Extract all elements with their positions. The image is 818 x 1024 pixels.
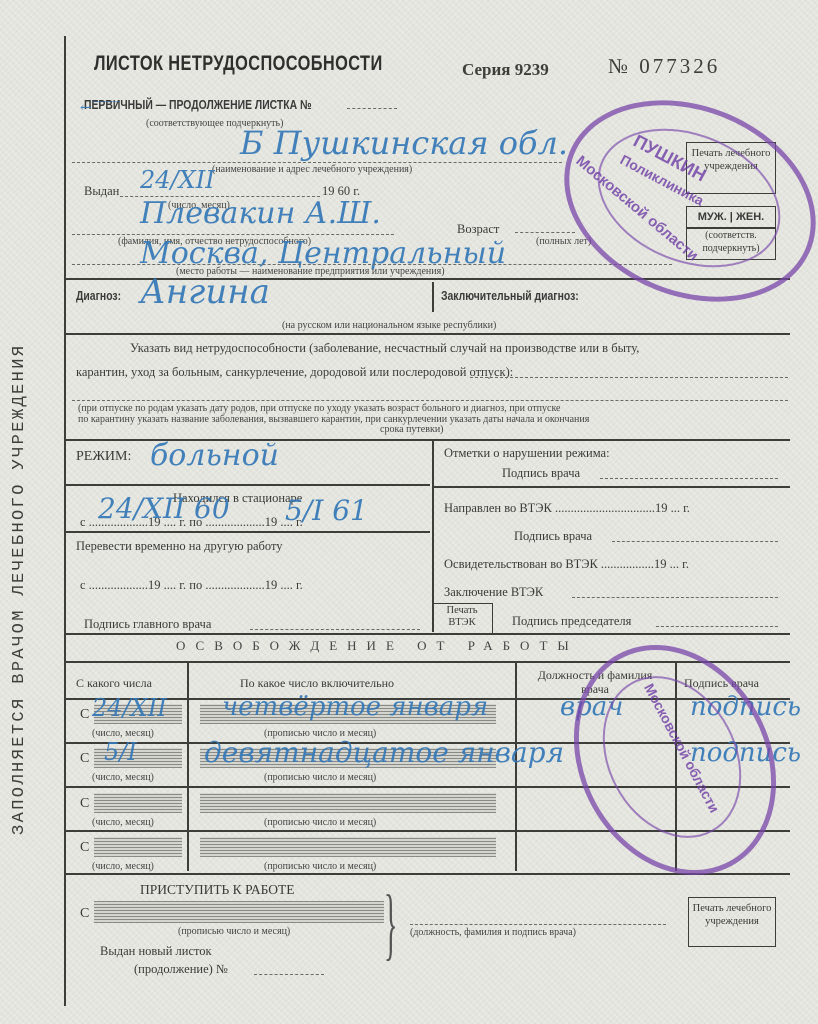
row-to-handwriting: девятнадцатое января: [204, 736, 564, 769]
date-hint: (число, месяц): [92, 861, 154, 872]
hospital-from-handwriting: 24/XII 60: [98, 492, 230, 525]
release-title: ОСВОБОЖДЕНИЕ ОТ РАБОТЫ: [176, 638, 579, 654]
divider: [432, 282, 434, 312]
doctor-signature-2-field: [612, 541, 778, 542]
row-from-handwriting: 5/I: [104, 738, 137, 766]
words-hint: (прописью число и месяц): [264, 772, 376, 783]
workplace-field: [72, 264, 672, 265]
divider: [66, 333, 790, 335]
issued-label: Выдан: [84, 184, 119, 199]
underline-mark: ←‾‾‾‾: [80, 100, 120, 116]
series-label: Серия 9239: [462, 60, 549, 80]
row-prefix: С: [80, 707, 89, 723]
incapacity-note-1: (при отпуске по родам указать дату родов…: [78, 403, 561, 414]
return-title: ПРИСТУПИТЬ К РАБОТЕ: [140, 882, 295, 898]
vtek-conclusion: Заключение ВТЭК: [444, 585, 543, 600]
column-from: С какого числа: [76, 676, 152, 691]
chief-signature-label: Подпись главного врача: [84, 617, 211, 632]
vtek-sent: Направлен во ВТЭК ......................…: [444, 501, 690, 516]
transfer-label: Перевести временно на другую работу: [76, 539, 283, 554]
left-frame-line: [64, 36, 66, 1006]
institution-handwriting: Б Пушкинская обл.: [240, 124, 568, 162]
row-to-handwriting: четвёртое января: [222, 692, 488, 722]
return-prefix: С: [80, 906, 89, 922]
new-sheet-label: Выдан новый листок: [100, 944, 212, 959]
row-prefix: С: [80, 840, 89, 856]
language-hint: (на русском или национальном языке респу…: [282, 320, 496, 331]
chairman-signature-label: Подпись председателя: [512, 614, 631, 629]
continuation-label: (продолжение) №: [134, 962, 228, 977]
row-prefix: С: [80, 796, 89, 812]
words-field[interactable]: [200, 837, 496, 857]
institution-hint: (наименование и адрес лечебного учрежден…: [212, 164, 412, 175]
sheet-number-field: [347, 108, 397, 109]
age-label: Возраст: [457, 222, 499, 237]
brace: }: [384, 884, 397, 964]
regime-handwriting: больной: [150, 438, 279, 473]
column-to: По какое число включительно: [240, 676, 394, 691]
divider: [187, 663, 189, 871]
words-hint: (прописью число и месяц): [264, 817, 376, 828]
divider: [66, 484, 430, 486]
diagnosis-handwriting: Ангина: [140, 272, 270, 312]
incapacity-instruction-2: карантин, уход за больным, санкурлечение…: [76, 365, 513, 380]
date-field[interactable]: [94, 837, 182, 857]
incapacity-note-3: срока путевки): [380, 424, 444, 435]
date-field[interactable]: [94, 793, 182, 813]
incapacity-instruction: Указать вид нетрудоспособности (заболева…: [130, 341, 639, 356]
doctor-hint: (должность, фамилия и подпись врача): [410, 927, 576, 938]
side-label: ЗАПОЛНЯЕТСЯ ВРАЧОМ ЛЕЧЕБНОГО УЧРЕЖДЕНИЯ: [10, 344, 29, 835]
doctor-signature-2-label: Подпись врача: [514, 529, 592, 544]
violations-label: Отметки о нарушении режима:: [444, 446, 610, 461]
words-hint: (прописью число и месяц): [264, 861, 376, 872]
chief-signature-field: [250, 629, 420, 630]
issued-handwriting: 24/XII: [140, 166, 215, 194]
date-hint: (число, месяц): [92, 772, 154, 783]
vtek-conclusion-field: [572, 597, 778, 598]
divider: [66, 633, 790, 635]
return-stamp-box: Печать лечебного учреждения: [688, 897, 776, 947]
vtek-stamp-box: Печать ВТЭК: [432, 603, 493, 633]
document-title: ЛИСТОК НЕТРУДОСПОСОБНОСТИ: [94, 52, 383, 76]
continuation-field: [254, 974, 324, 975]
hospital-to-handwriting: 5/I 61: [285, 494, 368, 527]
incapacity-field-2: [72, 400, 788, 401]
divider: [66, 531, 430, 533]
name-handwriting: Плевакин А.Ш.: [140, 196, 381, 231]
doctor-field: [410, 924, 666, 925]
incapacity-note-2: по карантину указать название заболевани…: [78, 414, 589, 425]
date-hint: (число, месяц): [92, 817, 154, 828]
name-field: [72, 234, 394, 235]
row-prefix: С: [80, 751, 89, 767]
doctor-signature-field: [600, 478, 778, 479]
chairman-signature-field: [656, 626, 778, 627]
diagnosis-label: Диагноз:: [76, 288, 121, 303]
institution-field: [72, 162, 562, 163]
row-from-handwriting: 24/XII: [92, 694, 167, 722]
transfer-dates: с ...................19 .... г. по .....…: [80, 578, 303, 593]
incapacity-field: [470, 377, 788, 378]
regime-label: РЕЖИМ:: [76, 449, 131, 465]
age-hint: (полных лет): [536, 236, 591, 247]
return-words-hint: (прописью число и месяц): [178, 926, 290, 937]
age-field: [515, 232, 575, 233]
return-date-field[interactable]: [94, 901, 384, 923]
document-number: № 077326: [608, 54, 720, 79]
doctor-signature-label: Подпись врача: [502, 466, 580, 481]
final-diagnosis-label: Заключительный диагноз:: [441, 288, 579, 303]
words-field[interactable]: [200, 793, 496, 813]
divider: [434, 486, 790, 488]
vtek-examined: Освидетельствован во ВТЭК ..............…: [444, 557, 689, 572]
